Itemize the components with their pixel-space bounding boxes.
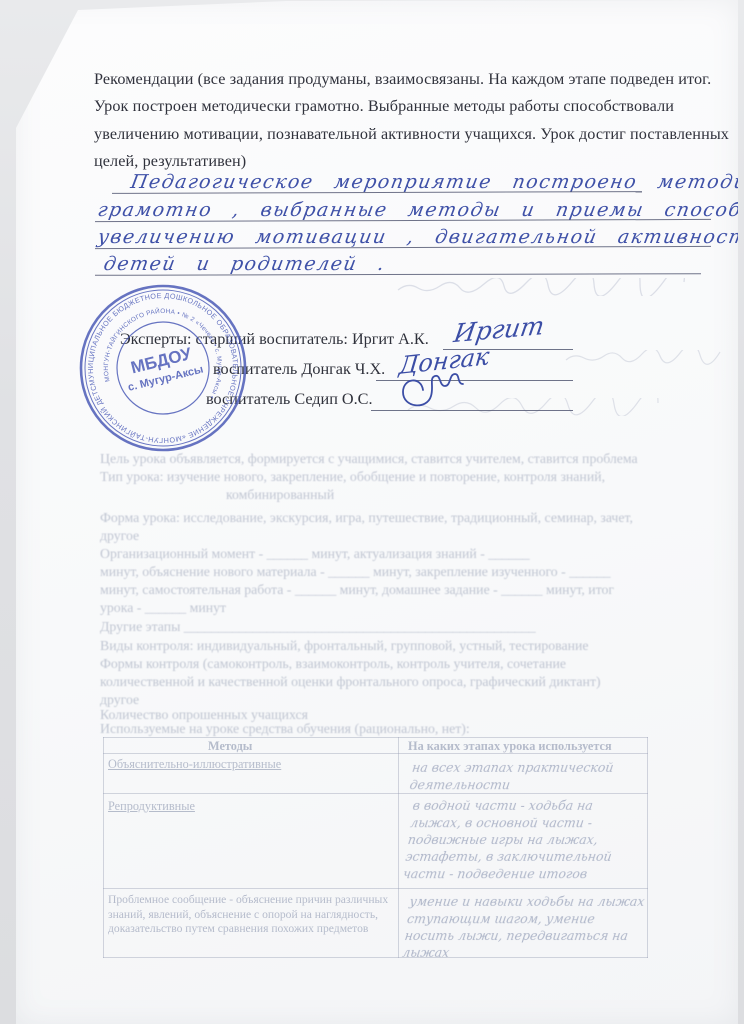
- faint-form-line: количественной и качественной оценки фро…: [100, 674, 660, 690]
- faint-form-line: Организационный момент - ______ минут, а…: [100, 546, 660, 562]
- faint-form-line: другое: [100, 692, 660, 708]
- faint-bleed-scribble: [396, 278, 716, 296]
- faint-form-line: Виды контроля: индивидуальный, фронтальн…: [100, 638, 660, 654]
- table-border: [103, 737, 648, 738]
- faint-form-line: Тип урока: изучение нового, закрепление,…: [100, 469, 660, 485]
- scanned-document: Рекомендации (все задания продуманы, вза…: [0, 0, 744, 1024]
- paper-page: Рекомендации (все задания продуманы, вза…: [16, 0, 738, 1024]
- faint-form-line: минут, объяснение нового материала - ___…: [100, 564, 660, 580]
- printed-line: Урок построен методически грамотно. Выбр…: [94, 97, 716, 124]
- faint-form-line: минут, самостоятельная работа - ______ м…: [100, 582, 660, 598]
- table-border: [103, 793, 648, 794]
- table-border: [103, 737, 104, 958]
- table-header-stages: На каких этапах урока используется: [408, 739, 612, 754]
- table-border: [647, 737, 648, 958]
- table-row-method: Репродуктивные: [108, 799, 388, 814]
- handwritten-line-4: детей и родителей .: [102, 253, 387, 275]
- official-round-stamp: МУНИЦИПАЛЬНОЕ БЮДЖЕТНОЕ ДОШКОЛЬНОЕ ОБРАЗ…: [75, 280, 251, 456]
- faint-methods-table: Методы На каких этапах урока используетс…: [103, 737, 648, 958]
- handwritten-line-1: Педагогическое мероприятие построено мет…: [129, 171, 744, 193]
- faint-form-line: другое: [100, 528, 660, 544]
- table-border: [398, 737, 399, 958]
- handwritten-line-3: увеличению мотивации , двигательной акти…: [96, 226, 744, 248]
- faint-form-line: Форма урока: исследование, экскурсия, иг…: [100, 510, 660, 526]
- printed-line: Рекомендации (все задания продуманы, вза…: [94, 70, 716, 97]
- faint-form-line: комбинированный: [226, 487, 744, 503]
- faint-form-line: Формы контроля (самоконтроль, взаимоконт…: [100, 656, 660, 672]
- table-border: [103, 888, 648, 889]
- faint-form-line: Другие этапы ___________________________…: [100, 619, 660, 635]
- table-row-note-handwritten: умение и навыки ходьбы на лыжах ступающи…: [401, 893, 646, 961]
- table-row-method: Проблемное сообщение - объяснение причин…: [108, 893, 390, 937]
- faint-bleed-scribble: [564, 350, 724, 366]
- table-row-method: Объяснительно-иллюстративные: [108, 757, 388, 772]
- faint-form-line: Используемые на уроке средства обучения …: [100, 721, 660, 737]
- ruled-line: [95, 273, 701, 276]
- handwritten-line-2: грамотно , выбранные методы и приемы спо…: [96, 199, 744, 221]
- faint-form-line: Цель урока объявляется, формируется с уч…: [100, 451, 660, 467]
- table-header-methods: Методы: [208, 739, 252, 754]
- table-row-note-handwritten: на всех этапах практической деятельности: [409, 759, 639, 793]
- signature-irgit: Иргит: [452, 311, 547, 348]
- table-row-note-handwritten: в водной части - ходьба на лыжах, в осно…: [402, 797, 646, 882]
- signature-sedip-flourish: [399, 366, 489, 414]
- printed-line: увеличению мотивации, познавательной акт…: [94, 125, 716, 152]
- faint-form-line: урока - ______ минут: [100, 600, 660, 616]
